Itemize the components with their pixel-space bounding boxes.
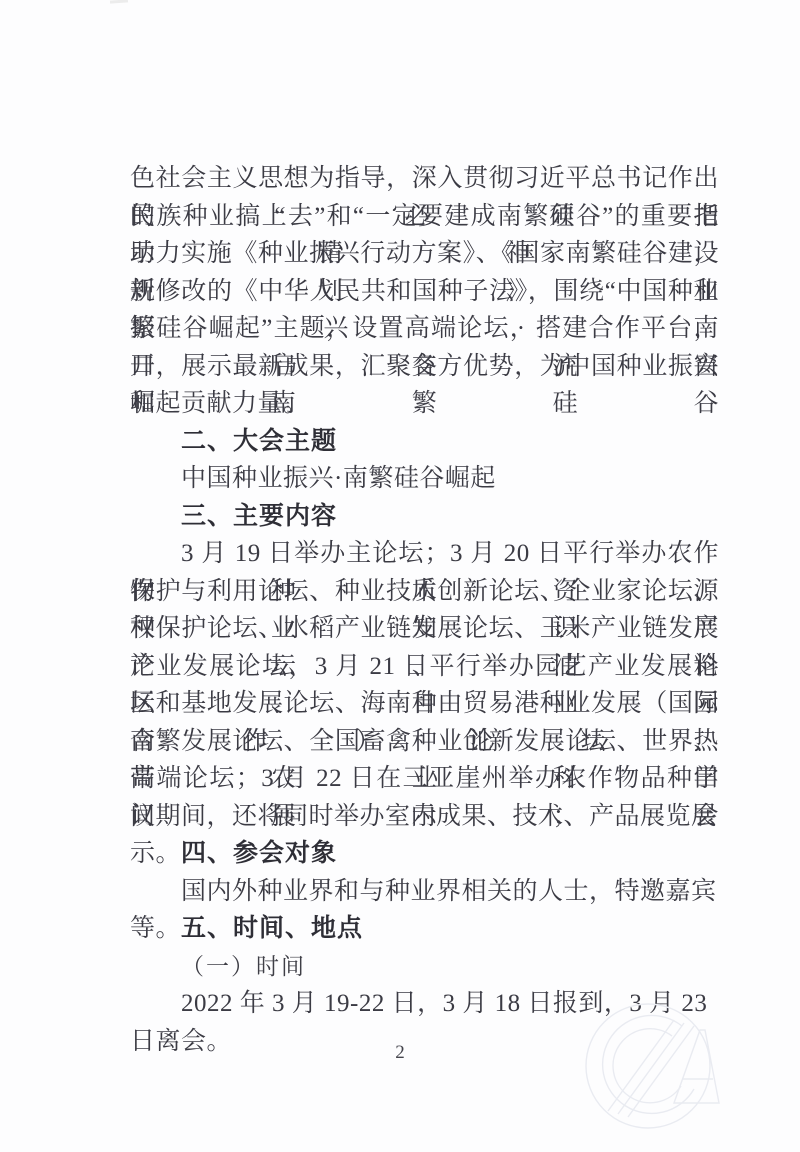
text-line: 口，展示最新成果，汇聚各方优势，为中国种业振兴和南繁硅谷 (130, 348, 719, 386)
text-line: 繁硅谷崛起”主题，设置高端论坛，搭建合作平台，开启交流窗 (130, 310, 719, 348)
text-line: 南繁发展论坛、全国畜禽种业创新发展论坛、世界热带农业科学 (130, 723, 719, 761)
section-heading: 三、主要内容 (130, 498, 719, 536)
document-text-block: 色社会主义思想为指导，深入贯彻习近平总书记作出的“必须把 民族种业搞上去”和“一… (130, 160, 719, 1023)
sub-heading: （一）时间 (130, 948, 719, 986)
text-line: 3 月 19 日举办主论坛；3 月 20 日平行举办农作物种质资源 (130, 535, 719, 573)
section-heading: 五、时间、地点 (130, 910, 719, 948)
text-line: 国内外种业界和与种业界相关的人士，特邀嘉宾等。 (130, 873, 719, 911)
text-line: 色社会主义思想为指导，深入贯彻习近平总书记作出的“必须把 (130, 160, 719, 198)
scan-artifact (110, 0, 128, 4)
text-line: 新修改的《中华人民共和国种子法》，围绕“中国种业振兴·南 (130, 273, 719, 311)
text-line: 权保护论坛、水稻产业链发展论坛、玉米产业链发展论坛、油料 (130, 610, 719, 648)
text-line: 区和基地发展论坛、海南自由贸易港种业发展（国际合作）论坛、 (130, 685, 719, 723)
watermark-logo (578, 998, 728, 1138)
text-line: 议期间，还将同时举办室内成果、技术、产品展览展示。 (130, 798, 719, 836)
text-line: 中国种业振兴·南繁硅谷崛起 (130, 460, 719, 498)
ca-logo-strokes (586, 1004, 719, 1128)
text-line: 保护与利用论坛、种业技术创新论坛、企业家论坛、种业知识产 (130, 573, 719, 611)
section-heading: 二、大会主题 (130, 423, 719, 461)
text-line: 助力实施《种业振兴行动方案》、《国家南繁硅谷建设规划》和 (130, 235, 719, 273)
text-line: 产业发展论坛，3 月 21 日平行举办园艺产业发展论坛、种业园 (130, 648, 719, 686)
document-page: 色社会主义思想为指导，深入贯彻习近平总书记作出的“必须把 民族种业搞上去”和“一… (0, 0, 800, 1152)
text-line: 民族种业搞上去”和“一定要建成南繁硅谷”的重要指示精神， (130, 198, 719, 236)
section-heading: 四、参会对象 (130, 835, 719, 873)
text-line: 高端论坛；3 月 22 日在三亚崖州举办农作物品种田间展示；会 (130, 760, 719, 798)
